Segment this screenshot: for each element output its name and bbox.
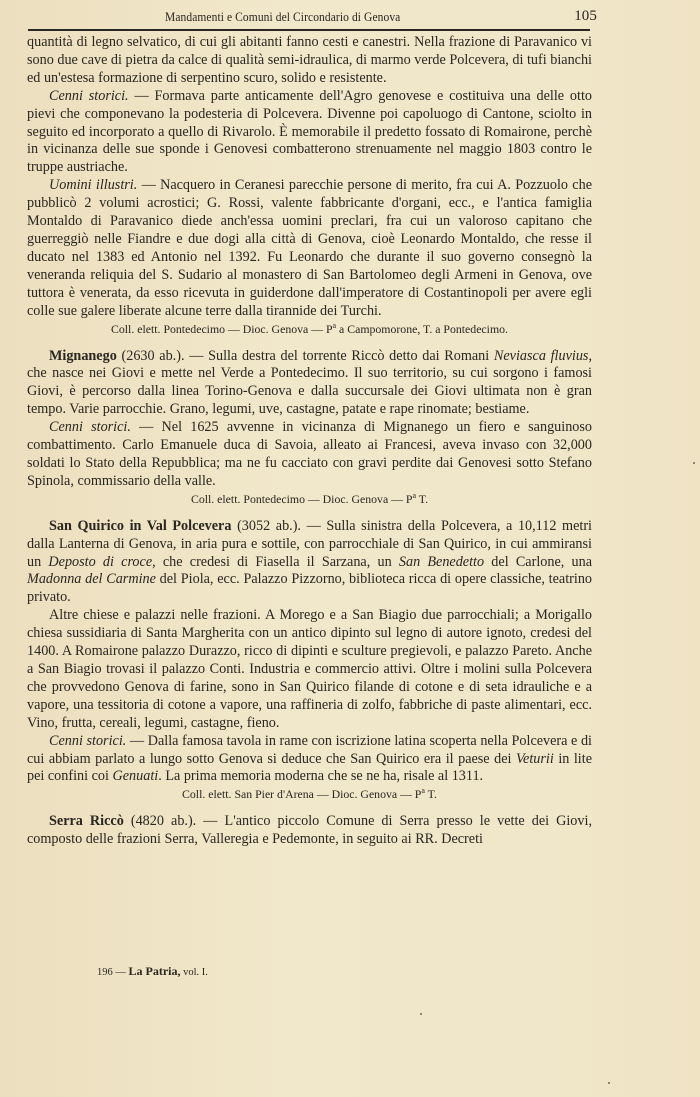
paper-speck	[420, 1013, 422, 1015]
entry-name: San Quirico in Val Polcevera	[49, 518, 231, 534]
page-body: quantità di legno selvatico, di cui gli …	[27, 34, 592, 849]
section-label: Cenni storici.	[49, 419, 131, 435]
paragraph-cenni-storici: Cenni storici. — Nel 1625 avvenne in vic…	[27, 419, 592, 491]
entry-name: Serra Riccò	[49, 813, 124, 829]
section-label: Cenni storici.	[49, 733, 126, 749]
paragraph-cenni-storici: Cenni storici. — Formava parte anticamen…	[27, 88, 592, 178]
footer-signature: 196 — La Patria, vol. I.	[97, 964, 208, 979]
electoral-note: Coll. elett. Pontedecimo — Dioc. Genova …	[27, 491, 592, 508]
section-label: Uomini illustri.	[49, 177, 137, 193]
entry-serra-ricco: Serra Riccò (4820 ab.). — L'antico picco…	[27, 813, 592, 849]
page-number: 105	[574, 8, 597, 25]
entry-mignanego: Mignanego (2630 ab.). — Sulla destra del…	[27, 348, 592, 420]
entry-san-quirico: San Quirico in Val Polcevera (3052 ab.).…	[27, 518, 592, 608]
entry-name: Mignanego	[49, 348, 117, 364]
electoral-note: Coll. elett. Pontedecimo — Dioc. Genova …	[27, 321, 592, 338]
paper-speck	[693, 462, 695, 464]
paragraph: quantità di legno selvatico, di cui gli …	[27, 34, 592, 88]
paper-speck	[608, 1082, 610, 1084]
footer-work-title: La Patria,	[129, 964, 181, 978]
section-label: Cenni storici.	[49, 88, 129, 104]
running-head-title: Mandamenti e Comuni del Circondario di G…	[165, 10, 400, 25]
electoral-note: Coll. elett. San Pier d'Arena — Dioc. Ge…	[27, 786, 592, 803]
running-head: Mandamenti e Comuni del Circondario di G…	[27, 8, 592, 28]
paragraph: Altre chiese e palazzi nelle frazioni. A…	[27, 607, 592, 732]
paragraph-cenni-storici: Cenni storici. — Dalla famosa tavola in …	[27, 733, 592, 787]
paragraph-uomini-illustri: Uomini illustri. — Nacquero in Ceranesi …	[27, 177, 592, 320]
header-rule	[28, 29, 590, 31]
